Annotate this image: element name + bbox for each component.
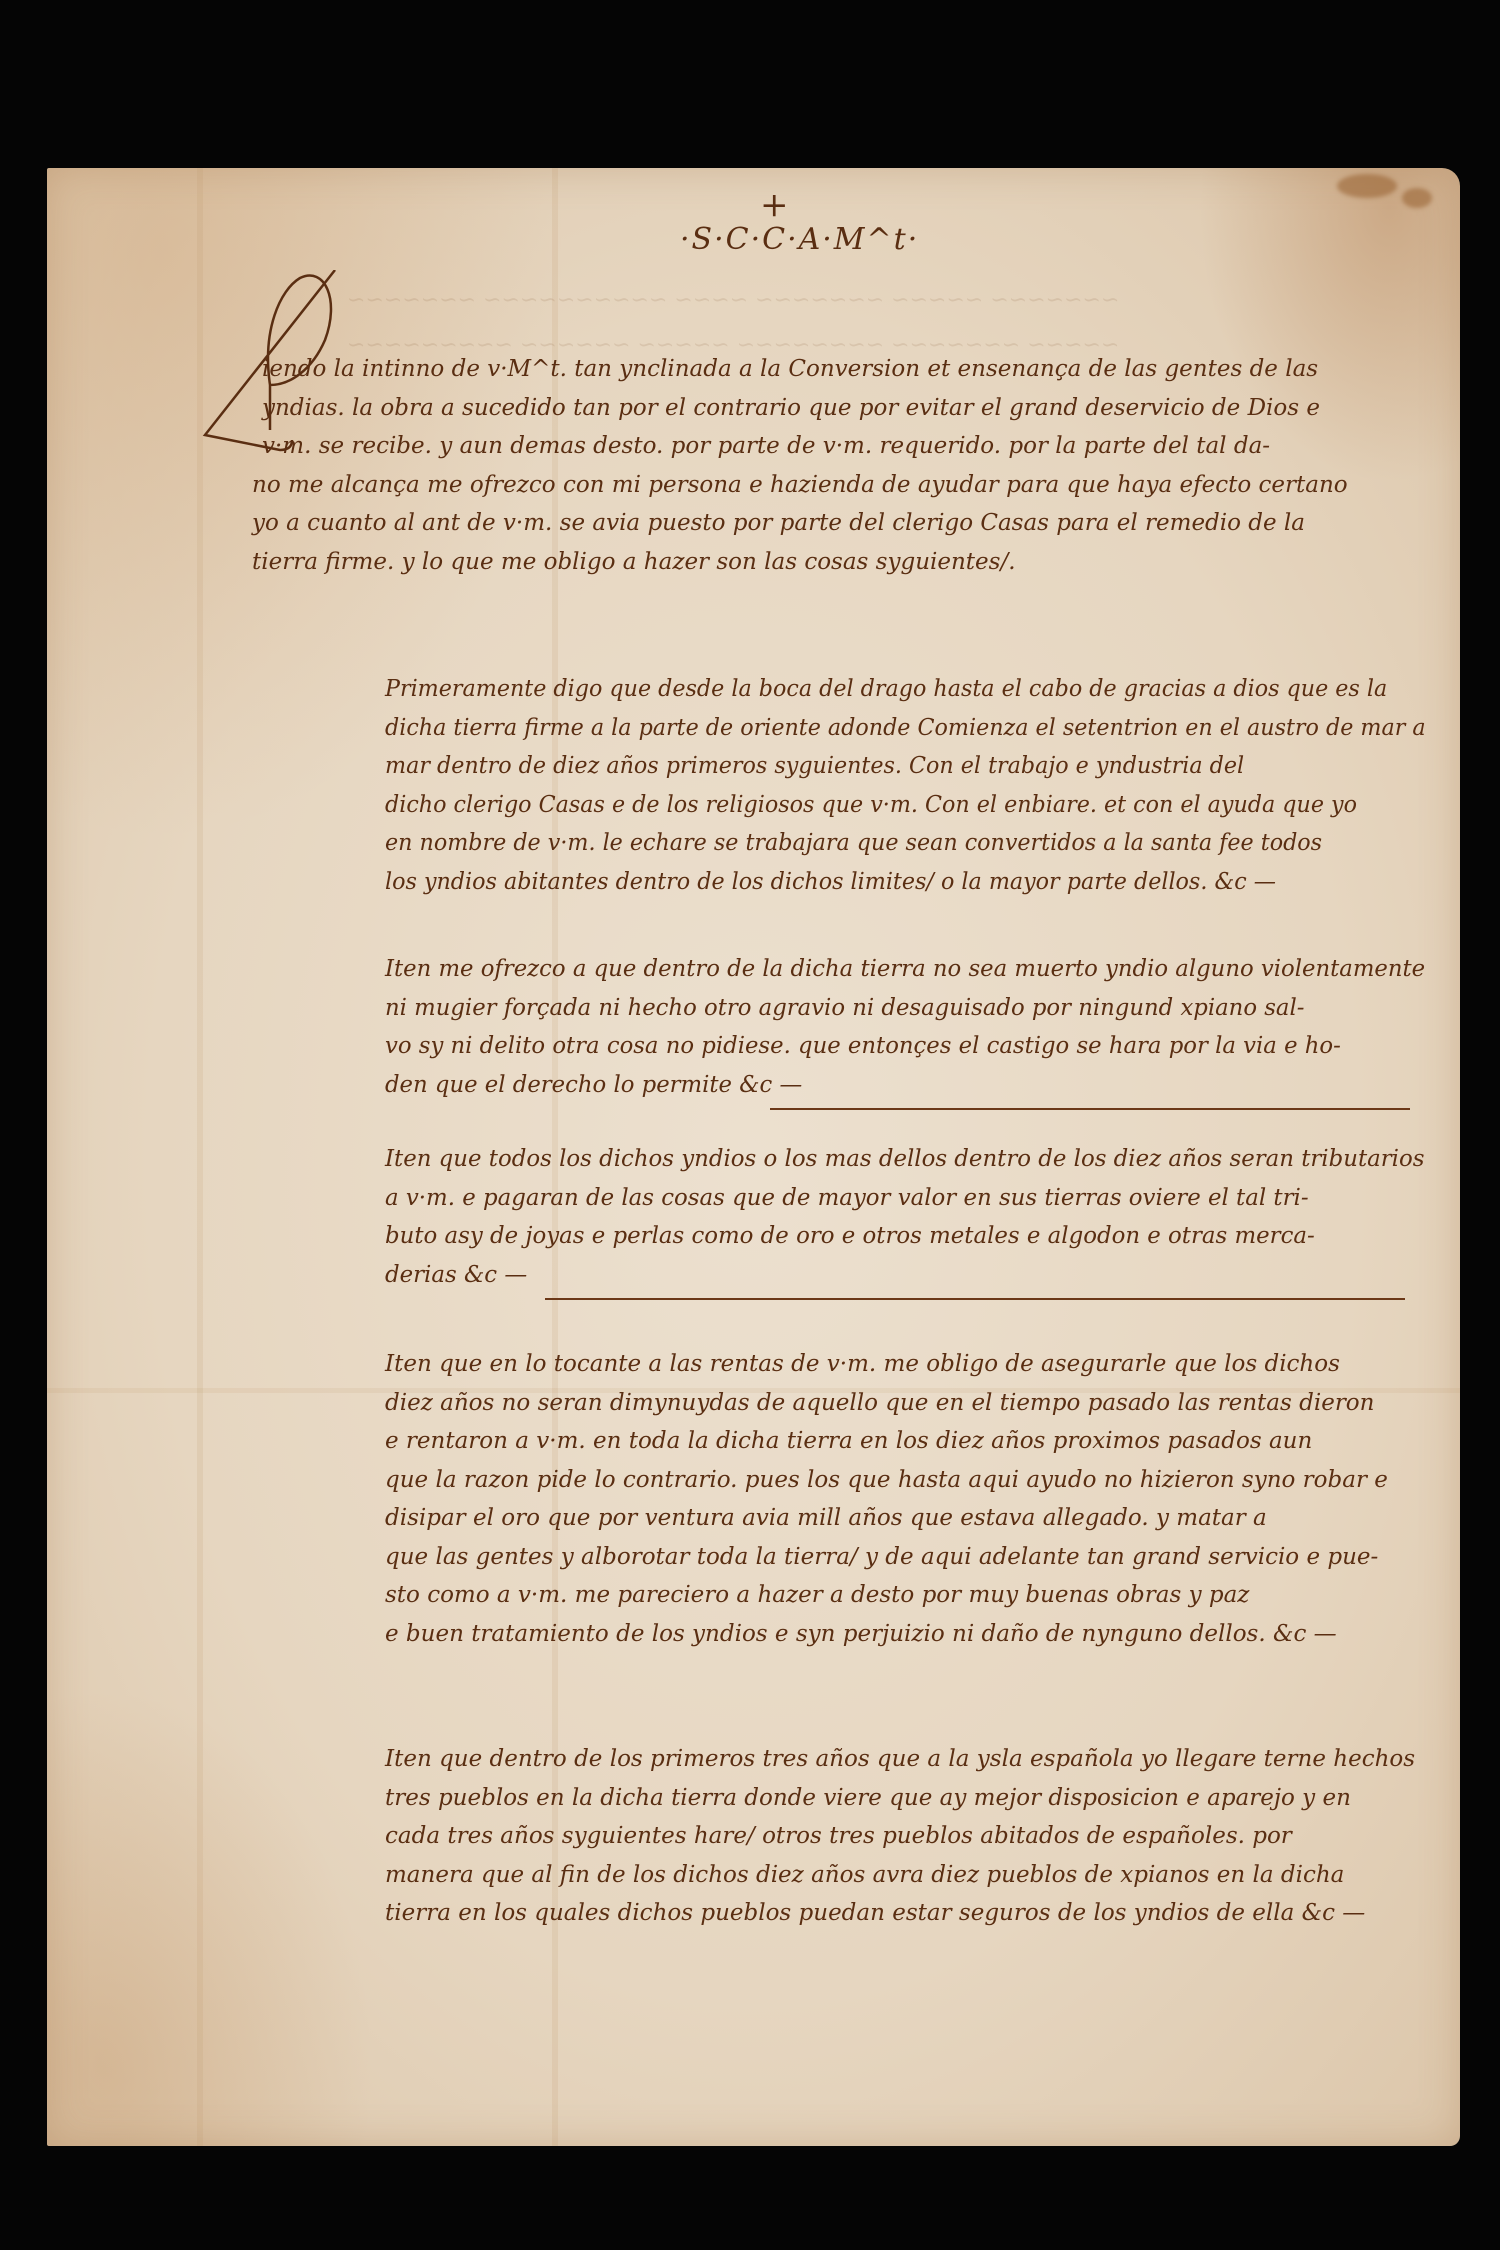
salutation-heading: ·S·C·C·A·M^t· — [680, 222, 919, 257]
text-line: Primeramente digo que desde la boca del … — [385, 670, 1426, 709]
text-line: que la razon pide lo contrario. pues los… — [385, 1461, 1388, 1500]
text-line: diez años no seran dimynuydas de aquello… — [385, 1384, 1388, 1423]
text-line: Iten que en lo tocante a las rentas de v… — [385, 1345, 1388, 1384]
text-line: disipar el oro que por ventura avia mill… — [385, 1499, 1388, 1538]
text-line: en nombre de v·m. le echare se trabajara… — [385, 824, 1426, 863]
clause-paragraph: Iten que en lo tocante a las rentas de v… — [385, 1345, 1388, 1653]
text-line: Iten que dentro de los primeros tres año… — [385, 1740, 1415, 1779]
clause-paragraph: Iten que todos los dichos yndios o los m… — [385, 1140, 1432, 1294]
ink-stain — [1402, 188, 1432, 208]
ink-stain — [1337, 174, 1397, 198]
text-line: tierra en los quales dichos pueblos pued… — [385, 1894, 1415, 1933]
text-line: derias &c — — [385, 1256, 1424, 1295]
text-line: yo a cuanto al ant de v·m. se avia puest… — [252, 504, 1348, 543]
text-line: no me alcança me ofrezco con mi persona … — [252, 466, 1348, 505]
text-line: sto como a v·m. me pareciero a hazer a d… — [385, 1576, 1388, 1615]
text-line: ni mugier forçada ni hecho otro agravio … — [385, 989, 1425, 1028]
clause-paragraph: Primeramente digo que desde la boca del … — [385, 670, 1462, 901]
text-line: tierra firme. y lo que me obligo a hazer… — [252, 543, 1348, 582]
text-line: mar dentro de diez años primeros syguien… — [385, 747, 1426, 786]
text-line: Iten me ofrezco a que dentro de la dicha… — [385, 950, 1425, 989]
text-line: yndias. la obra a sucedido tan por el co… — [262, 389, 1348, 428]
opening-paragraph: iendo la intinno de v·M^t. tan ynclinada… — [262, 350, 1348, 581]
text-line: Iten que todos los dichos yndios o los m… — [385, 1140, 1424, 1179]
text-line: v·m. se recibe. y aun demas desto. por p… — [262, 427, 1348, 466]
text-line: e rentaron a v·m. en toda la dicha tierr… — [385, 1422, 1388, 1461]
text-line: manera que al fin de los dichos diez año… — [385, 1856, 1415, 1895]
bleed-through-text: ~~~~~~~ ~~~~~ ~~~~~~~ ~~~~ ~~~~~~~~~~ ~~… — [347, 288, 1119, 313]
text-line: tres pueblos en la dicha tierra donde vi… — [385, 1779, 1415, 1818]
text-line: e buen tratamiento de los yndios e syn p… — [385, 1615, 1388, 1654]
paper-fold — [197, 168, 203, 2146]
text-line: vo sy ni delito otra cosa no pidiese. qu… — [385, 1027, 1425, 1066]
text-line: dicho clerigo Casas e de los religiosos … — [385, 786, 1426, 825]
invocation-cross: + — [760, 188, 789, 222]
text-line: den que el derecho lo permite &c — — [385, 1066, 1425, 1105]
text-line: dicha tierra firme a la parte de oriente… — [385, 709, 1426, 748]
text-line: que las gentes y alborotar toda la tierr… — [385, 1538, 1388, 1577]
text-line: a v·m. e pagaran de las cosas que de may… — [385, 1179, 1424, 1218]
text-line: buto asy de joyas e perlas como de oro e… — [385, 1217, 1424, 1256]
line-filler-rule — [770, 1108, 1410, 1110]
line-filler-rule — [545, 1298, 1405, 1300]
text-line: iendo la intinno de v·M^t. tan ynclinada… — [262, 350, 1348, 389]
clause-paragraph: Iten me ofrezco a que dentro de la dicha… — [385, 950, 1437, 1104]
text-line: los yndios abitantes dentro de los dicho… — [385, 863, 1426, 902]
clause-paragraph: Iten que dentro de los primeros tres año… — [385, 1740, 1415, 1933]
text-line: cada tres años syguientes hare/ otros tr… — [385, 1817, 1415, 1856]
